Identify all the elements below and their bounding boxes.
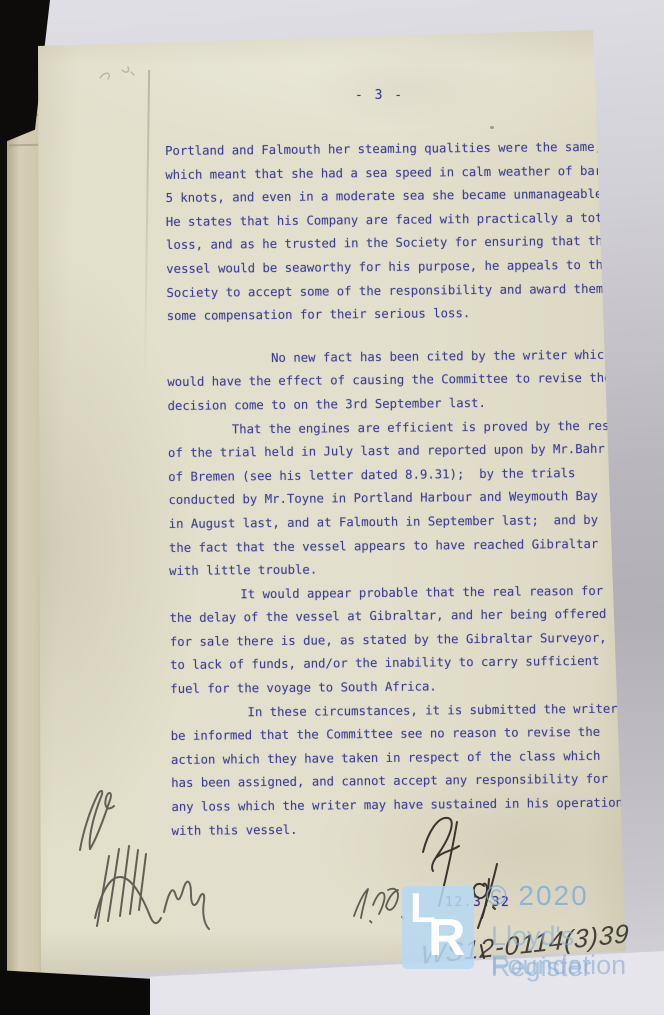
pencil-initials-icon	[80, 791, 114, 850]
watermark-copyright: © 2020	[486, 880, 589, 912]
pencil-initials-icon	[354, 889, 404, 923]
handwritten-marks-layer	[0, 0, 664, 1015]
watermark-org-line2: Foundation	[491, 950, 626, 981]
scanned-document-page: - 3 - Portland and Falmouth her steaming…	[0, 0, 664, 1015]
faint-pencil-mark-icon	[100, 67, 134, 79]
pencil-hatch-mark-icon	[95, 846, 161, 926]
logo-letter-r: R	[428, 908, 466, 968]
pencil-initials-icon	[164, 882, 209, 929]
lr-watermark-logo: L R	[402, 886, 474, 969]
